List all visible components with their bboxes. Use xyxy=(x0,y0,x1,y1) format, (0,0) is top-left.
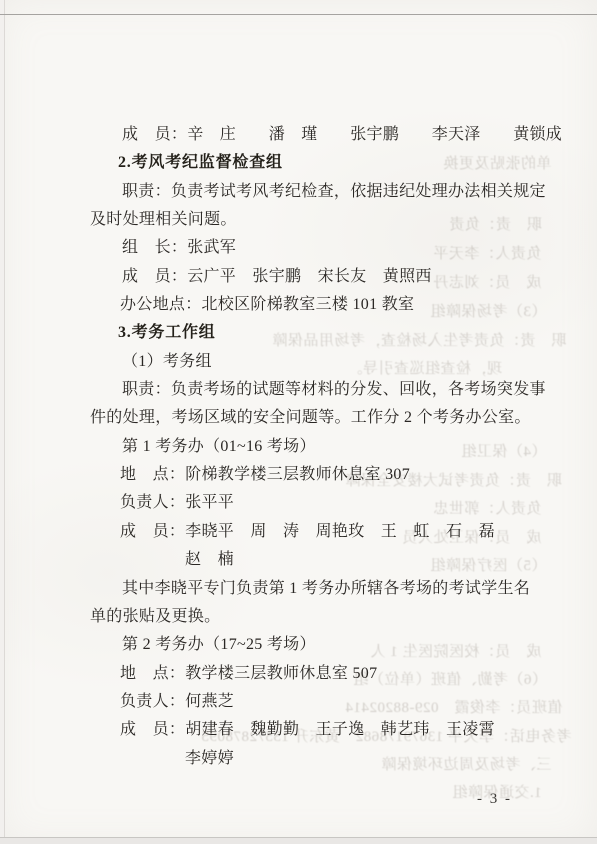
doc-line-duty: 职责：负责考场的试题等材料的分发、回收，各考场突发事 xyxy=(90,376,552,404)
doc-line-person-in-charge: 负责人：何燕芝 xyxy=(90,688,552,716)
doc-line-office-1-title: 第 1 考务办（01~16 考场） xyxy=(90,433,552,461)
doc-line-subsection-1: （1）考务组 xyxy=(90,348,552,376)
doc-line-duty-wrap: 及时处理相关问题。 xyxy=(90,206,552,234)
doc-line-location: 地 点：教学楼三层教师休息室 507 xyxy=(90,660,552,688)
doc-line-location: 地 点：阶梯教学楼三层教师休息室 307 xyxy=(90,461,552,489)
doc-line-duty-wrap: 件的处理，考场区域的安全问题等。工作分 2 个考务办公室。 xyxy=(90,404,552,432)
doc-line-person-in-charge: 负责人：张平平 xyxy=(90,489,552,517)
doc-line-note-wrap: 单的张贴及更换。 xyxy=(90,603,552,631)
doc-line-members: 成 员：云广平 张宇鹏 宋长友 黄照西 xyxy=(90,263,552,291)
document-body: 成 员：辛 庄 潘 瑾 张宇鹏 李天泽 黄锁成 2.考风考纪监督检查组 职责：负… xyxy=(90,121,552,773)
page-top-edge xyxy=(0,14,597,15)
scanned-page: 单的张贴及更换 职 责：负责 负责人：李天平 成 员：刘志丹 （3）考场保障组 … xyxy=(0,0,597,844)
scanner-bottom-margin xyxy=(0,838,597,844)
page-left-edge xyxy=(4,0,5,844)
doc-line-members-group1: 成 员：辛 庄 潘 瑾 张宇鹏 李天泽 黄锁成 xyxy=(90,121,552,149)
doc-line-leader: 组 长：张武军 xyxy=(90,234,552,262)
doc-line-note: 其中李晓平专门负责第 1 考务办所辖各考场的考试学生名 xyxy=(90,575,552,603)
doc-line-members-wrap: 李婷婷 xyxy=(90,745,552,773)
section-heading-2: 2.考风考纪监督检查组 xyxy=(90,149,552,177)
doc-line-members: 成 员：胡建春 魏勤勤 王子逸 韩艺玮 王凌霄 xyxy=(90,716,552,744)
page-number: - 3 - xyxy=(477,791,512,808)
doc-line-office-2-title: 第 2 考务办（17~25 考场） xyxy=(90,631,552,659)
doc-line-members: 成 员：李晓平 周 涛 周艳玫 王 虹 石 磊 xyxy=(90,518,552,546)
doc-line-members-wrap: 赵 楠 xyxy=(90,546,552,574)
doc-line-duty: 职责：负责考试考风考纪检查，依据违纪处理办法相关规定 xyxy=(90,178,552,206)
section-heading-3: 3.考务工作组 xyxy=(90,319,552,347)
doc-line-office-location: 办公地点：北校区阶梯教室三楼 101 教室 xyxy=(90,291,552,319)
